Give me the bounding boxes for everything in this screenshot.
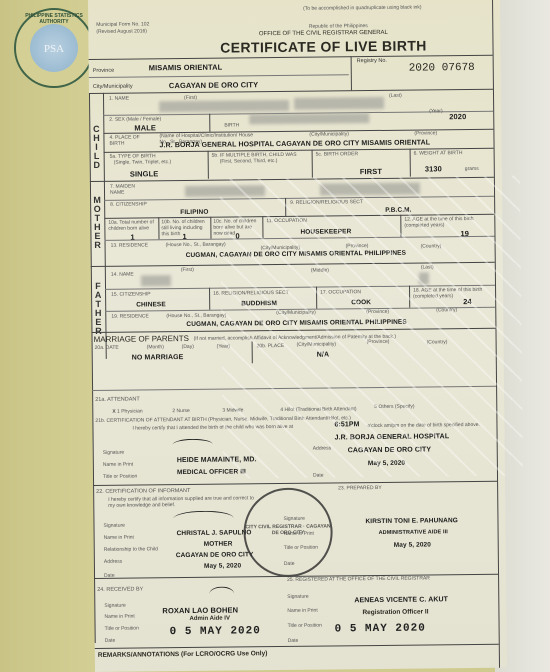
- registered-date-stamp: 0 5 MAY 2020: [335, 622, 426, 635]
- city-label: City/Municipality: [93, 84, 133, 90]
- marriage-place-value: N/A: [317, 351, 329, 358]
- prepared-title-value: ADMINISTRATIVE AIDE III: [379, 529, 448, 536]
- received-date-stamp: 0 5 MAY 2020: [170, 625, 261, 638]
- redacted-mother-last-name: [320, 183, 420, 196]
- weight-value: 3130: [425, 164, 442, 173]
- attendant-signature: [173, 439, 213, 450]
- attendant-date-value: May 5, 2020: [368, 460, 405, 467]
- informant-label: 22. CERTIFICATION OF INFORMANT: [96, 488, 190, 495]
- mother-citizenship-label: 8. CITIZENSHIP: [110, 201, 147, 207]
- first-hint: (First): [181, 267, 194, 273]
- city-hint: (City/Municipality): [297, 341, 337, 347]
- received-signature-label: Signature: [104, 603, 125, 609]
- father-citizenship-value: CHINESE: [136, 301, 166, 308]
- redacted-mother-name: [185, 185, 265, 197]
- city-value: CAGAYAN DE ORO CITY: [169, 80, 258, 90]
- remarks-label: REMARKS/ANNOTATIONS (For LCRO/OCRG Use O…: [98, 650, 268, 659]
- province-label: Province: [93, 68, 114, 74]
- father-occupation-value: COOK: [351, 299, 371, 306]
- prepared-date-label: Date: [284, 561, 295, 567]
- birth-time: 6:51PM: [334, 421, 359, 428]
- marriage-date-value: NO MARRIAGE: [132, 354, 184, 362]
- registered-title-label: Title or Position: [288, 623, 322, 629]
- redacted-father-name: [141, 275, 171, 286]
- option-label: 1 Physician: [117, 408, 143, 414]
- child-name-label: 1. NAME: [109, 96, 129, 102]
- registered-date-label: Date: [288, 638, 299, 644]
- year-hint: (Year): [217, 344, 230, 350]
- informant-signature: [173, 511, 233, 527]
- section-mother-label: MOTHER: [92, 196, 103, 250]
- prepared-name-label: Name in Print: [284, 531, 314, 537]
- redacted-child-last-name: [294, 97, 384, 110]
- received-name-label: Name in Print: [104, 614, 134, 620]
- informant-name-label: Name in Print: [104, 535, 134, 541]
- father-religion-label: 16. RELIGION/RELIGIOUS SECT: [213, 290, 289, 297]
- place-of-birth-label: 4. PLACE OF BIRTH: [109, 134, 149, 146]
- attendant-label: 21a. ATTENDANT: [95, 396, 140, 402]
- relationship-label: Relationship to the Child: [104, 546, 158, 553]
- mother-citizenship-value: FILIPINO: [180, 209, 208, 216]
- prepared-signature-label: Signature: [283, 516, 304, 522]
- form-number: Municipal Form No. 102: [96, 21, 149, 28]
- attendant-option-hilot[interactable]: 4 Hilot (Traditional Birth Attendant): [280, 406, 356, 413]
- weight-unit: grams: [465, 166, 479, 172]
- birth-order-value: FIRST: [360, 167, 382, 176]
- weight-label: 6. WEIGHT AT BIRTH: [414, 150, 463, 157]
- month-hint: (Month): [147, 344, 164, 350]
- father-age-label: 18. AGE at the time of this birth (compl…: [413, 287, 493, 300]
- received-label: 24. RECEIVED BY: [97, 586, 143, 592]
- received-title-label: Title or Position: [105, 626, 139, 632]
- attendant-cert-text-2: o'clock am/pm on the date of birth speci…: [367, 422, 479, 429]
- multiple-hint: (First, Second, Third, etc.): [220, 158, 278, 165]
- province-hint: (Province): [414, 130, 437, 136]
- mother-occupation-label: 11. OCCUPATION: [266, 218, 307, 224]
- father-religion-value: BUDDHISM: [241, 300, 277, 307]
- informant-signature-label: Signature: [103, 523, 124, 529]
- attendant-address-line-1: J.R. BORJA GENERAL HOSPITAL: [335, 433, 450, 441]
- relationship-value: MOTHER: [204, 541, 233, 548]
- birth-certificate: Municipal Form No. 102 (Revised August 2…: [88, 0, 507, 672]
- attendant-title-label: Title or Position: [103, 474, 137, 480]
- city-hint: (City/Municipality): [309, 131, 349, 137]
- father-name-label: 14. NAME: [111, 272, 134, 278]
- registered-name-label: Name in Print: [287, 608, 317, 614]
- sex-value: MALE: [134, 123, 156, 132]
- birth-order-label: 5c. BIRTH ORDER: [316, 151, 358, 157]
- redacted-child-name: [159, 100, 289, 112]
- attendant-option-others[interactable]: 5 Others (Specify): [374, 404, 414, 410]
- last-hint: (Last): [421, 264, 434, 270]
- attendant-signature-label: Signature: [103, 450, 124, 456]
- type-hint: (Single, Twin, Triplet, etc.): [114, 159, 171, 166]
- received-name-value: ROXAN LAO BOHEN: [162, 605, 238, 615]
- section-father-label: FATHER: [93, 282, 104, 336]
- province-value: MISAMIS ORIENTAL: [149, 63, 223, 73]
- province-hint: (Province): [346, 243, 369, 249]
- marriage-place-label: 20b. PLACE: [257, 343, 285, 349]
- received-title-value: Admin Aide IV: [189, 616, 230, 622]
- attendant-name-label: Name in Print: [103, 462, 133, 468]
- country-hint: (Country): [427, 339, 448, 345]
- registry-number: 2020 07678: [409, 62, 475, 75]
- father-occupation-label: 17. OCCUPATION: [320, 289, 361, 295]
- country-hint: (Country): [421, 243, 442, 249]
- psa-seal: PHILIPPINE STATISTICS AUTHORITY PSA: [14, 8, 94, 88]
- mother-occupation-value: HOUSEKEEPER: [300, 228, 351, 236]
- mother-residence-label: 13. RESIDENCE: [111, 242, 149, 248]
- seal-center: PSA: [30, 24, 78, 72]
- redacted-father-last-name: [419, 272, 429, 284]
- place-of-birth-value: J.R. BORJA GENERAL HOSPITAL CAGAYAN DE O…: [159, 139, 430, 149]
- prepared-label: 23. PREPARED BY: [338, 485, 382, 491]
- city-hint: (City/Municipality): [276, 310, 316, 316]
- informant-name-value: CHRISTAL J. SAPULNO: [177, 529, 252, 537]
- registered-label: 25. REGISTERED AT THE OFFICE OF THE CIVI…: [287, 575, 430, 582]
- attendant-option-nurse[interactable]: 2 Nurse: [172, 408, 190, 414]
- father-residence-label: 19. RESIDENCE: [111, 313, 149, 319]
- registered-name-value: AENEAS VICENTE C. AKUT: [354, 596, 448, 604]
- certificate-title: CERTIFICATE OF LIVE BIRTH: [178, 37, 468, 56]
- registry-label: Registry No.: [357, 58, 387, 64]
- mother-religion-label: 9. RELIGION/RELIGIOUS SECT: [290, 199, 363, 206]
- attendant-address-label: Address: [313, 445, 331, 451]
- form-revised: (Revised August 2016): [96, 28, 147, 35]
- middle-hint: (Middle): [311, 267, 329, 273]
- prepared-title-label: Title or Position: [284, 545, 318, 551]
- attendant-title-value: MEDICAL OFFICER III: [177, 468, 246, 476]
- attendant-address-line-2: CAGAYAN DE ORO CITY: [348, 446, 432, 454]
- dob-label: BIRTH: [224, 122, 239, 128]
- day-hint: (Day): [182, 344, 194, 350]
- province-hint: (Province): [366, 309, 389, 315]
- attendant-date-label: Date: [313, 473, 324, 479]
- birth-year: 2020: [449, 112, 466, 121]
- informant-text: I hereby certify that all information su…: [108, 495, 258, 509]
- father-age-value: 24: [463, 297, 472, 306]
- type-of-birth-value: SINGLE: [130, 169, 159, 178]
- attendant-option-midwife[interactable]: 3 Midwife: [222, 407, 243, 413]
- last-hint: (Last): [389, 93, 402, 99]
- maiden-name-label: 7. MAIDEN NAME: [110, 183, 140, 195]
- psa-logo: PSA: [30, 43, 78, 55]
- born-alive-label: 10a. Total number of children born alive: [108, 219, 156, 232]
- selected-mark: X: [112, 409, 115, 415]
- father-residence-value: CUGMAN, CAGAYAN DE ORO CITY MISAMIS ORIE…: [186, 319, 406, 328]
- country-hint: (Country): [436, 307, 457, 313]
- marriage-date-label: 20a. DATE: [95, 345, 119, 351]
- received-signature: [209, 587, 234, 602]
- mother-religion-value: P.B.C.M.: [385, 207, 411, 214]
- informant-address-value: CAGAYAN DE ORO CITY: [176, 551, 254, 559]
- informant-address-label: Address: [104, 559, 122, 565]
- sex-label: 2. SEX (Male / Female): [109, 116, 161, 123]
- mother-residence-value: CUGMAN, CAGAYAN DE ORO CITY MISAMIS ORIE…: [186, 250, 406, 259]
- registered-signature-label: Signature: [287, 594, 308, 600]
- section-child-label: CHILD: [91, 125, 101, 170]
- residence-hint: (House No., St., Barangay): [166, 242, 226, 249]
- year-hint: (Year): [429, 108, 442, 114]
- attendant-cert-text: I hereby certify that I attended the bir…: [132, 424, 293, 432]
- received-date-label: Date: [105, 638, 116, 644]
- prepared-date-value: May 5, 2020: [394, 541, 431, 548]
- background-left: [0, 0, 100, 672]
- registered-title-value: Registration Officer II: [362, 608, 428, 616]
- province-hint: (Province): [367, 339, 390, 345]
- residence-hint: (House No., St., Barangay): [166, 313, 226, 320]
- father-citizenship-label: 15. CITIZENSHIP: [111, 291, 151, 297]
- attendant-name-value: HEIDE MAMAINTE, MD.: [177, 456, 257, 464]
- office-line: OFFICE OF THE CIVIL REGISTRAR GENERAL: [198, 29, 448, 38]
- informant-date-value: May 5, 2020: [204, 562, 241, 569]
- redacted-dob: [249, 113, 369, 124]
- attendant-option-physician[interactable]: X 1 Physician: [112, 408, 142, 414]
- marriage-title: MARRIAGE OF PARENTS: [94, 334, 190, 344]
- instruction-note: (To be accomplished in quadruplicate usi…: [303, 5, 421, 12]
- prepared-name-value: KIRSTIN TONI E. PAHUNANG: [365, 517, 458, 525]
- mother-age-label: 12. AGE at the time of this birth (compl…: [404, 216, 489, 229]
